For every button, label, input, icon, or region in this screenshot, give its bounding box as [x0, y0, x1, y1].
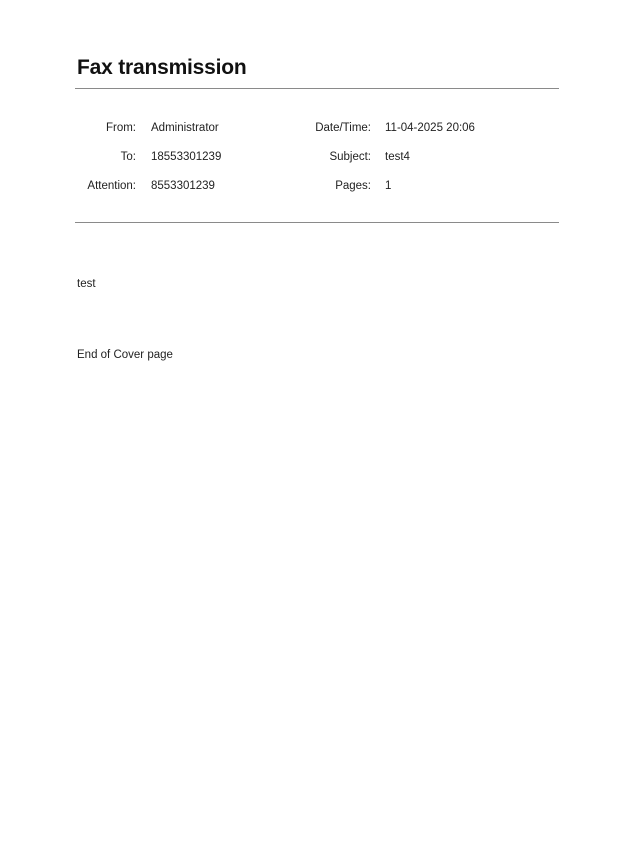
- pages-label: Pages:: [335, 180, 371, 192]
- from-label: From:: [106, 122, 136, 134]
- subject-value: test4: [385, 151, 410, 163]
- end-of-cover-text: End of Cover page: [77, 349, 173, 361]
- to-label: To:: [121, 151, 136, 163]
- header-divider: [75, 222, 559, 223]
- to-value: 18553301239: [151, 151, 221, 163]
- attention-value: 8553301239: [151, 180, 215, 192]
- datetime-label: Date/Time:: [315, 122, 371, 134]
- subject-label: Subject:: [329, 151, 371, 163]
- pages-value: 1: [385, 180, 391, 192]
- body-message: test: [77, 278, 96, 290]
- attention-label: Attention:: [87, 180, 136, 192]
- from-value: Administrator: [151, 122, 219, 134]
- title-divider: [75, 88, 559, 89]
- datetime-value: 11-04-2025 20:06: [385, 122, 475, 134]
- page-title: Fax transmission: [77, 56, 247, 80]
